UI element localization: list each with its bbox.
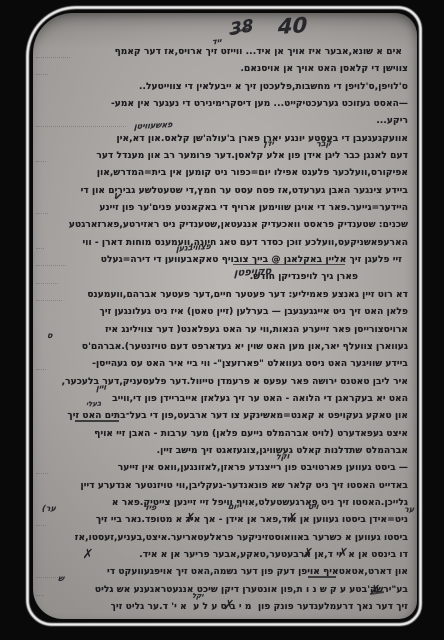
text-line: פלאן האט זיך ניט אייגגעגעבן — בערלען (זי… <box>39 304 408 321</box>
handwritten-annotation: ש <box>58 574 65 583</box>
handwritten-annotation: פיד <box>144 503 157 512</box>
text-line: צווישן די קלאסן האט אויך אן אויסנאם. <box>39 61 408 78</box>
text-line: אפיקורס,וועלכער פלעגט אפילו יום=כפור ניט… <box>39 165 408 182</box>
x-mark: ✗ <box>286 512 297 524</box>
handwritten-annotation: ויין <box>96 383 106 393</box>
leader-dots <box>36 213 48 214</box>
text-line: אוועקגעגעבן די בעסטע יונגע יארן פארן ב'ע… <box>39 131 408 148</box>
text-line: —האסט געזוכט גערעכטיקייט... מען דיסקרימי… <box>39 96 408 113</box>
text-line: ארויסצורייסן פאר זייערע הנאות,ווי ער האט… <box>39 322 408 339</box>
leader-dots <box>36 283 58 284</box>
leader-dots <box>36 248 44 249</box>
text-line: ניט=אידן ביסטו געווען אן איד,פאר אן אידן… <box>39 512 408 529</box>
strikethrough-mark <box>75 420 119 422</box>
leader-dots <box>36 473 48 474</box>
handwritten-annotation: קבֿר <box>316 138 332 148</box>
text-line: דא רוט זיין גאנצע פאמיליע: דער פעטער חיי… <box>39 287 408 304</box>
x-mark: ✗ <box>184 512 195 524</box>
x-mark: ✗ <box>337 547 348 559</box>
text-line: און טאקע געקויפט א קאנט=מאשינקע צו דער א… <box>39 408 408 425</box>
underline-mark <box>233 264 345 265</box>
text-line: איצט געפאדערט (לויט אברהמלס נייעם פלאן) … <box>39 426 408 443</box>
text-line: אים א שונא,אבער איז אויך אן איד... ווייז… <box>39 44 408 61</box>
leader-dots <box>36 577 60 578</box>
text-line: הארעפאשניקעס,וועלכע זוכן כסדר דעם טאג חי… <box>39 235 408 252</box>
handwritten-annotation: ידן <box>264 139 275 148</box>
text-line: ביידע צינגער האבן גערעדט,אז פסח עסט ער ח… <box>39 183 408 200</box>
typed-text-block: אים א שונא,אבער איז אויך אן איד... ווייז… <box>39 44 408 616</box>
leader-dots <box>36 525 46 526</box>
handwritten-annotation: 40 <box>278 13 308 39</box>
handwritten-annotation: ויט <box>308 502 319 511</box>
text-line: בע"ירשה'בטע ע ק ש נ ו ת,פון אונטערן דיקן… <box>39 582 408 599</box>
text-line: ס'לויפן,ס'לויפן די מחשבות,פלעכטן זיך א י… <box>39 79 408 96</box>
text-line: זיי פלעגן זיך אליין באקלאגן @ בייך צובוי… <box>39 252 408 269</box>
handwritten-annotation: ס <box>47 331 53 340</box>
text-line: ביידע שוויגער האט ניסט געוואלט "פארזעצן"… <box>39 356 408 373</box>
x-mark: ✗ <box>223 599 234 611</box>
leader-dots <box>36 265 66 266</box>
handwritten-annotation: וקל <box>276 451 290 461</box>
leader-dots <box>36 57 70 58</box>
handwritten-annotation: יום <box>228 502 240 511</box>
text-line: באדייט האסטו זיך ניט קלאר שא פונאנדער-גע… <box>39 478 408 495</box>
leader-dots <box>36 74 48 75</box>
leader-dots <box>36 595 44 596</box>
text-line: און דארט,אטאטאיף אויפן דעק פון דער נשמה,… <box>39 564 408 581</box>
document-page: אים א שונא,אבער איז אויך אן איד... ווייז… <box>33 13 417 619</box>
handwritten-annotation: בעלי <box>86 399 101 408</box>
text-line: אברהמלס שתדלנות קאלט געשוויגן,צוגעזאגט ז… <box>39 443 408 460</box>
text-line: געווארן צוועלף יאר,און מען האט שוין יא ג… <box>39 339 408 356</box>
x-mark: ✗ <box>302 547 313 559</box>
text-line: איר ליבן טאטנס ירושה פאר עפעס א פרעמדן ט… <box>39 374 408 391</box>
photo-frame: אים א שונא,אבער איז אויך אן איד... ווייז… <box>0 0 444 640</box>
leader-dots <box>36 161 46 162</box>
text-line: — ביסט געווען פארטויבט פון רייצנדע פראזן… <box>39 460 408 477</box>
handwritten-annotation: ער <box>404 505 415 514</box>
handwritten-annotation: יקל <box>192 592 204 600</box>
text-line: היידער=גייער.פאר די אויגן שווימען ארויף … <box>39 200 408 217</box>
handwritten-annotation: ייד <box>212 36 221 46</box>
text-line: פארן גיך לויפנדיקן חודש. <box>39 269 408 286</box>
x-mark: ✗ <box>82 548 93 560</box>
handwritten-annotation: ער) <box>42 504 57 513</box>
text-line: שכנים: שטענדיק פראסט וואכעדיק אנגעטאן,שט… <box>39 217 408 234</box>
text-line: ריקע... <box>39 113 408 130</box>
handwritten-annotation: סקויפטן <box>234 266 272 279</box>
leader-dots <box>36 300 62 301</box>
strikethrough-mark <box>308 576 336 578</box>
text-line: גלייכן.האסטו זיך ניט פארגעשטעלט,אויף ווי… <box>39 495 408 512</box>
text-line: ביסטו געווען א כשרער באוואוסטזיניקער פרא… <box>39 530 408 547</box>
leader-dots <box>36 126 126 127</box>
text-line: דו בינסט אן א יי ד,אן ארבעטער,טאקע,אבער … <box>39 547 408 564</box>
text-line: דעם לאנגן כבר ליגן אידן פון אלע קלאסן.דע… <box>39 148 408 165</box>
leader-dots <box>36 369 46 370</box>
